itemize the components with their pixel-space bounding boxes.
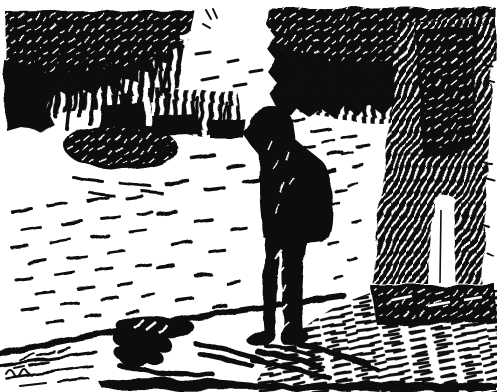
sapling-in-fork [440,210,441,283]
ink-illustration [0,0,500,392]
reed-clumps [148,88,246,138]
illustration-canvas [0,0,500,392]
